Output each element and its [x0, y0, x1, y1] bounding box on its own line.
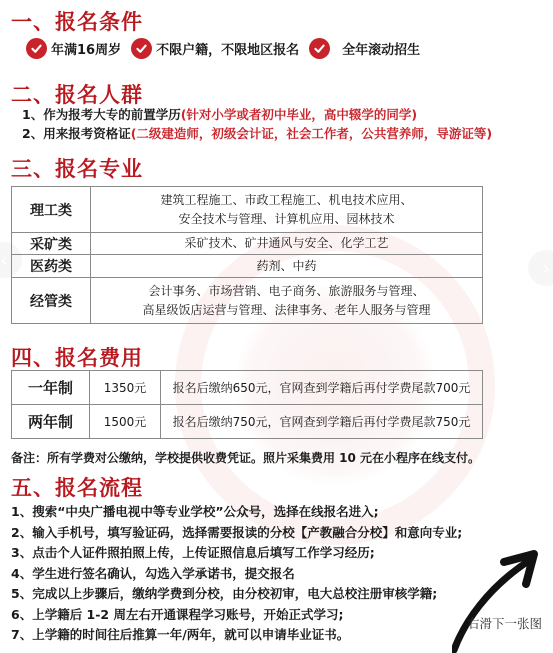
process-step: 2、输入手机号，填写验证码，选择需要报读的分校【产教融合分校】和意向专业;	[11, 523, 462, 544]
major-category: 理工类	[12, 187, 91, 233]
fee-row: 一年制 1350元 报名后缴纳650元，官网查到学籍后再付学费尾款700元	[12, 371, 483, 405]
fees-table: 一年制 1350元 报名后缴纳650元，官网查到学籍后再付学费尾款700元 两年…	[11, 370, 483, 439]
major-list: 建筑工程施工、市政工程施工、机电技术应用、 安全技术与管理、计算机应用、园林技术	[91, 187, 483, 233]
audience-list: 1、作为报考大专的前置学历(针对小学或者初中毕业，高中辍学的同学) 2、用来报考…	[22, 105, 492, 143]
audience-item: 1、作为报考大专的前置学历(针对小学或者初中毕业，高中辍学的同学)	[22, 105, 492, 124]
condition-item: 全年滚动招生	[309, 38, 420, 59]
section-title-conditions: 一、报名条件	[11, 6, 143, 36]
major-list: 采矿技术、矿井通风与安全、化学工艺	[91, 233, 483, 255]
majors-row: 医药类 药剂、中药	[12, 255, 483, 278]
majors-table: 理工类 建筑工程施工、市政工程施工、机电技术应用、 安全技术与管理、计算机应用、…	[11, 186, 483, 324]
section-title-process: 五、报名流程	[11, 472, 143, 502]
fee-description: 报名后缴纳750元，官网查到学籍后再付学费尾款750元	[161, 405, 483, 439]
major-line: 药剂、中药	[91, 257, 482, 276]
major-line: 建筑工程施工、市政工程施工、机电技术应用、	[91, 191, 482, 210]
fee-price: 1350元	[90, 371, 161, 405]
swipe-arrow-icon	[452, 548, 547, 653]
section-title-fees: 四、报名费用	[11, 342, 143, 372]
audience-item-text: 1、作为报考大专的前置学历	[22, 107, 181, 122]
fee-row: 两年制 1500元 报名后缴纳750元，官网查到学籍后再付学费尾款750元	[12, 405, 483, 439]
fee-description: 报名后缴纳650元，官网查到学籍后再付学费尾款700元	[161, 371, 483, 405]
process-step: 6、上学籍后 1-2 周左右开通课程学习账号，开始正式学习;	[11, 605, 462, 626]
fee-note: 备注：所有学费对公缴纳，学校提供收费凭证。照片采集费用 10 元在小程序在线支付…	[11, 449, 480, 466]
audience-item: 2、用来报考资格证(二级建造师，初级会计证，社会工作者，公共营养师，导游证等)	[22, 124, 492, 143]
process-step: 3、点击个人证件照拍照上传，上传证照信息后填写工作学习经历;	[11, 543, 462, 564]
audience-item-text: 2、用来报考资格证	[22, 126, 131, 141]
chevron-left-icon: ‹	[0, 248, 8, 272]
condition-label: 全年滚动招生	[342, 39, 420, 58]
fee-price: 1500元	[90, 405, 161, 439]
process-steps: 1、搜索“中央广播电视中等专业学校”公众号，选择在线报名进入; 2、输入手机号，…	[11, 502, 462, 646]
section-title-majors: 三、报名专业	[11, 153, 143, 183]
major-line: 采矿技术、矿井通风与安全、化学工艺	[91, 234, 482, 253]
process-step: 1、搜索“中央广播电视中等专业学校”公众号，选择在线报名进入;	[11, 502, 462, 523]
fee-plan: 两年制	[12, 405, 90, 439]
major-category: 医药类	[12, 255, 91, 278]
major-line: 会计事务、市场营销、电子商务、旅游服务与管理、	[91, 282, 482, 301]
condition-item: 不限户籍，不限地区报名	[131, 38, 299, 59]
major-line: 高星级饭店运营与管理、法律事务、老年人服务与管理	[91, 301, 482, 320]
check-circle-icon	[26, 38, 47, 59]
conditions-list: 年满16周岁 不限户籍，不限地区报名 全年滚动招生	[26, 38, 430, 59]
major-line: 安全技术与管理、计算机应用、园林技术	[91, 210, 482, 229]
next-slide-button[interactable]: ›	[528, 250, 553, 286]
process-step: 7、上学籍的时间往后推算一年/两年，就可以申请毕业证书。	[11, 625, 462, 646]
majors-row: 经管类 会计事务、市场营销、电子商务、旅游服务与管理、 高星级饭店运营与管理、法…	[12, 278, 483, 324]
major-list: 会计事务、市场营销、电子商务、旅游服务与管理、 高星级饭店运营与管理、法律事务、…	[91, 278, 483, 324]
swipe-hint-text: 右滑下一张图	[467, 614, 542, 632]
check-circle-icon	[309, 38, 330, 59]
fee-plan: 一年制	[12, 371, 90, 405]
condition-label: 年满16周岁	[51, 39, 121, 58]
condition-label: 不限户籍，不限地区报名	[156, 39, 299, 58]
condition-item: 年满16周岁	[26, 38, 121, 59]
audience-item-highlight: (二级建造师，初级会计证，社会工作者，公共营养师，导游证等)	[131, 126, 492, 141]
major-list: 药剂、中药	[91, 255, 483, 278]
process-step: 5、完成以上步骤后，缴纳学费到分校，由分校初审，电大总校注册审核学籍;	[11, 584, 462, 605]
major-category: 采矿类	[12, 233, 91, 255]
major-category: 经管类	[12, 278, 91, 324]
process-step: 4、学生进行签名确认，勾选入学承诺书，提交报名	[11, 564, 462, 585]
chevron-right-icon: ›	[542, 256, 550, 280]
majors-row: 采矿类 采矿技术、矿井通风与安全、化学工艺	[12, 233, 483, 255]
check-circle-icon	[131, 38, 152, 59]
audience-item-highlight: (针对小学或者初中毕业，高中辍学的同学)	[181, 107, 417, 122]
majors-row: 理工类 建筑工程施工、市政工程施工、机电技术应用、 安全技术与管理、计算机应用、…	[12, 187, 483, 233]
